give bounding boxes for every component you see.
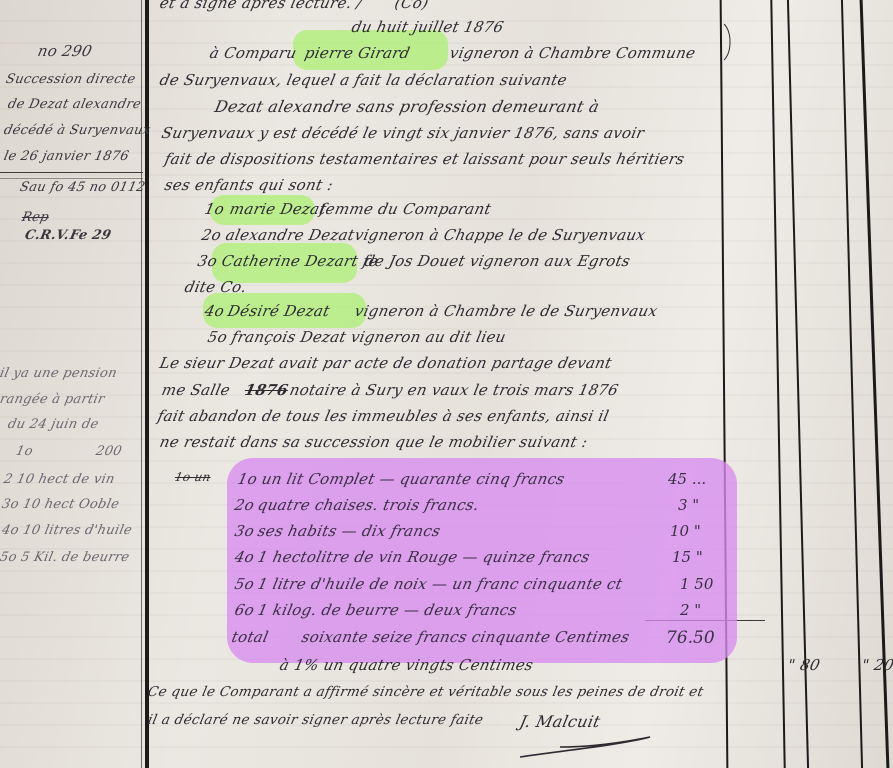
margin-note-4-left: 1o xyxy=(14,444,34,459)
inventory-4-amount: 15 " xyxy=(672,548,703,566)
para2-line1: Le sieur Dezat avait par acte de donatio… xyxy=(158,354,613,372)
margin-note-7: 4o 10 litres d'huile xyxy=(0,523,133,538)
top-fragment: et a signé après lecture. / xyxy=(158,0,364,12)
margin-initials: C.R.V. xyxy=(23,228,70,243)
inventory-3-num: 3o xyxy=(233,522,256,540)
tax-line: à 1% un quatre vingts Centimes xyxy=(278,656,535,674)
deceased-line: Dezat alexandre sans profession demeuran… xyxy=(213,97,601,116)
heir-4-rest: vigneron à Chambre le de Suryenvaux xyxy=(353,302,659,320)
inventory-4-item: 1 hectolitre de vin Rouge — quinze franc… xyxy=(256,548,592,566)
margin-note-3: du 24 juin de xyxy=(6,417,100,432)
heir-1-name: marie Dezat xyxy=(228,200,328,218)
closing-line-2: il a déclaré ne savoir signer après lect… xyxy=(146,712,485,728)
declarant-name: pierre Girard xyxy=(303,44,412,62)
inventory-3-item: ses habits — dix francs xyxy=(256,522,442,540)
inventory-1-amount: 45 ... xyxy=(668,470,706,488)
inventory-5-item: 1 litre d'huile de noix — un franc cinqu… xyxy=(256,575,624,593)
heir-3-name: Catherine Dezart fe xyxy=(220,252,380,270)
inventory-1-num: 1o xyxy=(236,470,259,488)
line5: fait de dispositions testamentaires et l… xyxy=(163,150,686,168)
total-words: soixante seize francs cinquante Centimes xyxy=(300,628,631,646)
para2-line4: ne restait dans sa succession que le mob… xyxy=(158,433,589,451)
heir-5-rest: françois Dezat vigneron au dit lieu xyxy=(230,328,508,346)
bracket-mark-icon xyxy=(722,22,734,62)
inventory-6-item: 1 kilog. de beurre — deux francs xyxy=(256,601,519,619)
column-rule-5 xyxy=(860,0,890,768)
margin-note-5: 2 10 hect de vin xyxy=(2,472,116,487)
margin-note-2: rangée à partir xyxy=(0,392,106,407)
closing-line-1: Ce que le Comparant a affirmé sincère et… xyxy=(146,684,705,700)
column-rule-2 xyxy=(770,0,785,768)
margin-note-1: il ya une pension xyxy=(0,366,118,381)
heir-4-num: 4o xyxy=(203,302,226,320)
tax-column-1: " 80 xyxy=(786,656,822,674)
inventory-4-num: 4o xyxy=(233,548,256,566)
heir-3-num: 3o xyxy=(196,252,219,270)
inventory-struck-prefix: 1o un xyxy=(174,470,213,484)
inventory-2-item: quatre chaises. trois francs. xyxy=(256,496,481,514)
margin-title-2: de Dezat alexandre xyxy=(6,97,142,112)
top-fragment-right: (Co) xyxy=(393,0,430,12)
margin-title-3: décédé à Suryenvaux xyxy=(2,123,152,138)
column-rule-3 xyxy=(787,0,809,768)
inventory-3-amount: 10 " xyxy=(670,522,701,540)
para2-line3: fait abandon de tous les immeubles à ses… xyxy=(156,407,611,425)
inventory-2-num: 2o xyxy=(233,496,256,514)
margin-title-1: Succession directe xyxy=(4,72,137,87)
heir-3-rest: de Jos Douet vigneron aux Egrots xyxy=(363,252,632,270)
margin-title-4: le 26 janvier 1876 xyxy=(2,149,130,164)
margin-divider-rule xyxy=(145,0,149,768)
heir-4-name: Désiré Dezat xyxy=(226,302,331,320)
line1-a: à Comparu xyxy=(208,44,298,62)
margin-divider-rule-thin xyxy=(141,0,142,768)
signature-flourish-icon xyxy=(500,725,660,765)
inventory-5-amount: 1 50 xyxy=(680,575,713,593)
inventory-5-num: 5o xyxy=(233,575,256,593)
para2-line2-b: notaire à Sury en vaux le trois mars 187… xyxy=(288,381,620,399)
entry-number: no 290 xyxy=(36,42,94,60)
heir-2-rest: vigneron à Chappe le de Suryenvaux xyxy=(353,226,647,244)
line1-b: vigneron à Chambre Commune xyxy=(448,44,697,62)
inventory-1-item: un lit Complet — quarante cinq francs xyxy=(260,470,566,488)
total-label: total xyxy=(230,628,270,646)
para2-line2-a: me Salle xyxy=(160,381,232,399)
heir-2-name: alexandre Dezat xyxy=(224,226,356,244)
inventory-6-amount: 2 " xyxy=(680,601,701,619)
line2: de Suryenvaux, lequel a fait la déclarat… xyxy=(158,71,569,89)
margin-separator-2 xyxy=(0,178,143,179)
total-amount: 76.50 xyxy=(666,628,715,648)
inventory-2-amount: 3 " xyxy=(678,496,699,514)
tax-column-2: " 20 xyxy=(860,656,893,674)
margin-note-6: 3o 10 hect Ooble xyxy=(0,497,120,512)
line4: Suryenvaux y est décédé le vingt six jan… xyxy=(160,124,646,142)
inventory-6-num: 6o xyxy=(233,601,256,619)
heir-5-num: 5o xyxy=(206,328,229,346)
registry-page: no 290 Succession directe de Dezat alexa… xyxy=(0,0,893,768)
heir-1-rest: femme du Comparant xyxy=(318,200,493,218)
line6: ses enfants qui sont : xyxy=(163,176,335,194)
para2-line2-struck: 1876 xyxy=(243,381,290,399)
date-line: du huit juillet 1876 xyxy=(350,18,505,36)
column-rule-4 xyxy=(841,0,863,768)
margin-note-8: 5o 5 Kil. de beurre xyxy=(0,550,131,565)
margin-stamp-mark: Fe 29 xyxy=(68,228,112,243)
margin-rep-mark: Rep xyxy=(20,210,50,225)
heir-2-num: 2o xyxy=(200,226,223,244)
margin-note-4-right: 200 xyxy=(94,444,123,459)
heir-3-continuation: dite Co. xyxy=(183,278,248,296)
margin-reference: Sau fo 45 no 0112 xyxy=(18,180,146,195)
heir-1-num: 1o xyxy=(203,200,226,218)
margin-separator xyxy=(0,172,143,173)
